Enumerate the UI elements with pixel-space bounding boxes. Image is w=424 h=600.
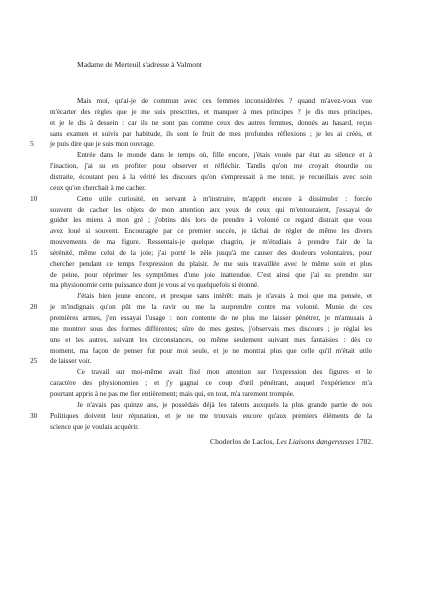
document-title: Madame de Merteuil s'adresse à Valmont bbox=[77, 60, 202, 69]
text-line: souvent de cacher les objets de mon atte… bbox=[50, 205, 372, 215]
text-line: et je le dis à dessein : car ils ne sont… bbox=[50, 118, 372, 128]
credit-year: 1782. bbox=[354, 437, 373, 446]
text-line: de laisser voir. bbox=[50, 356, 372, 366]
text-line: Politiques doivent leur réputation, et j… bbox=[50, 411, 372, 421]
text-line: moment, ma façon de penser fut pour moi … bbox=[50, 346, 372, 356]
text-line: premières armes, j'en essayai l'usage : … bbox=[50, 313, 372, 323]
text-line: ceux qu'on cherchait à me cacher. bbox=[50, 183, 372, 193]
text-line: chercher pendant ce temps l'expression d… bbox=[50, 259, 372, 269]
text-line: caractère des physionomies ; et j'y gagn… bbox=[50, 378, 372, 388]
text-line: distraite, écoutant peu à la vérité les … bbox=[50, 172, 372, 182]
text-line: sérénité, même celui de la joie; j'ai po… bbox=[50, 248, 372, 258]
credit-work-title: Les Liaisons dangereuses bbox=[276, 437, 354, 446]
text-line: m'écarter des règles que je me suis pres… bbox=[50, 107, 372, 117]
text-line: mouvements de ma figure. Ressentais-je q… bbox=[50, 237, 372, 247]
text-line: Entrée dans le monde dans le temps où, f… bbox=[77, 150, 372, 160]
text-line: Ce travail sur moi-même avait fixé mon a… bbox=[77, 367, 372, 377]
text-line: me montrer sous des formes différentes; … bbox=[50, 324, 372, 334]
line-number: 30 bbox=[30, 411, 37, 420]
text-line: ma physionomie cette puissance dont je v… bbox=[50, 280, 372, 290]
text-line: sans examen et suivis par habitude, ils … bbox=[50, 129, 372, 139]
text-line: l'inaction, j'ai su en profiter pour obs… bbox=[50, 161, 372, 171]
text-line: de peine, pour réprimer les symptômes d'… bbox=[50, 270, 372, 280]
source-credit: Choderlos de Laclos, Les Liaisons danger… bbox=[210, 437, 373, 446]
credit-author: Choderlos de Laclos, bbox=[210, 437, 276, 446]
line-number: 25 bbox=[30, 356, 37, 365]
text-line: J'étais bien jeune encore, et presque sa… bbox=[77, 291, 372, 301]
text-line: Je n'avais pas quinze ans, je possédais … bbox=[77, 400, 372, 410]
text-line: pourtant appris à ne pas me fier entière… bbox=[50, 389, 372, 399]
line-number: 15 bbox=[30, 248, 37, 257]
text-line: je m'indignais qu'on pût me la ravir ou … bbox=[50, 302, 372, 312]
text-line: Cette utile curiosité, en servant à m'in… bbox=[77, 194, 372, 204]
text-line: science que je voulais acquérir. bbox=[50, 422, 372, 432]
line-number: 10 bbox=[30, 194, 37, 203]
text-line: avez loué si souvent. Encouragée par ce … bbox=[50, 226, 372, 236]
text-line: uns et les autres, suivant les circonsta… bbox=[50, 335, 372, 345]
text-line: Mais moi, qu'ai-je de commun avec ces fe… bbox=[77, 96, 372, 106]
text-line: guider les miens à mon gré ; j'obtins dè… bbox=[50, 215, 372, 225]
line-number: 20 bbox=[30, 302, 37, 311]
text-line: je puis dire que je suis mon ouvrage. bbox=[50, 139, 372, 149]
line-number: 5 bbox=[30, 139, 34, 148]
